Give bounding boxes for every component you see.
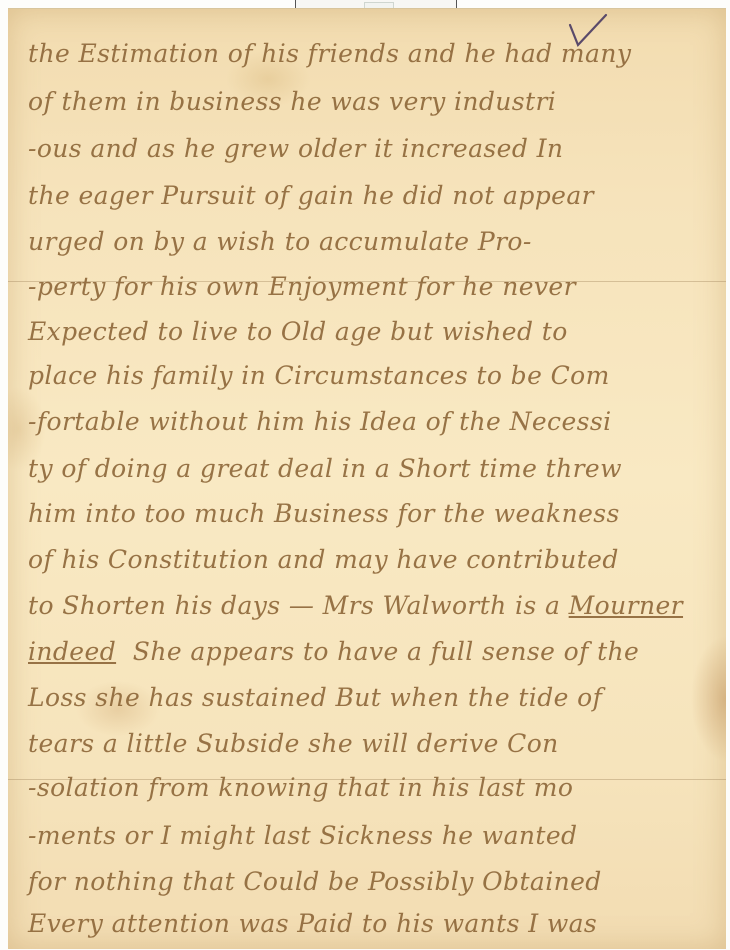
manuscript-line: of them in business he was very industri [28,87,556,116]
manuscript-text: the Estimation of his friends and he had… [8,9,726,949]
manuscript-line: tears a little Subside she will derive C… [28,729,559,758]
manuscript-line: Loss she has sustained But when the tide… [28,683,602,712]
manuscript-page: the Estimation of his friends and he had… [8,8,726,949]
manuscript-line: the Estimation of his friends and he had… [28,39,631,68]
underlined-word: indeed [28,637,116,666]
manuscript-line: -fortable without him his Idea of the Ne… [28,407,612,436]
manuscript-line: -ments or I might last Sickness he wante… [28,821,577,850]
underlined-word: Mourner [569,591,683,620]
manuscript-line: -perty for his own Enjoyment for he neve… [28,272,576,301]
manuscript-line: him into too much Business for the weakn… [28,499,620,528]
manuscript-line: Expected to live to Old age but wished t… [28,317,568,346]
manuscript-line: -ous and as he grew older it increased I… [28,134,563,163]
manuscript-line-text: She appears to have a full sense of the [124,637,639,666]
manuscript-line: of his Constitution and may have contrib… [28,545,619,574]
manuscript-line: indeed indeed She appears to have a full… [28,637,639,666]
manuscript-line: for nothing that Could be Possibly Obtai… [28,867,602,896]
manuscript-line: to Shorten his days — Mrs Walworth is a … [28,591,683,620]
manuscript-line-text: to Shorten his days — Mrs Walworth is a [28,591,560,620]
manuscript-line: place his family in Circumstances to be … [28,361,610,390]
manuscript-line: ty of doing a great deal in a Short time… [28,454,622,483]
manuscript-line: the eager Pursuit of gain he did not app… [28,181,594,210]
manuscript-line: Every attention was Paid to his wants I … [28,909,597,938]
manuscript-line: urged on by a wish to accumulate Pro- [28,227,532,256]
manuscript-line: -solation from knowing that in his last … [28,773,573,802]
